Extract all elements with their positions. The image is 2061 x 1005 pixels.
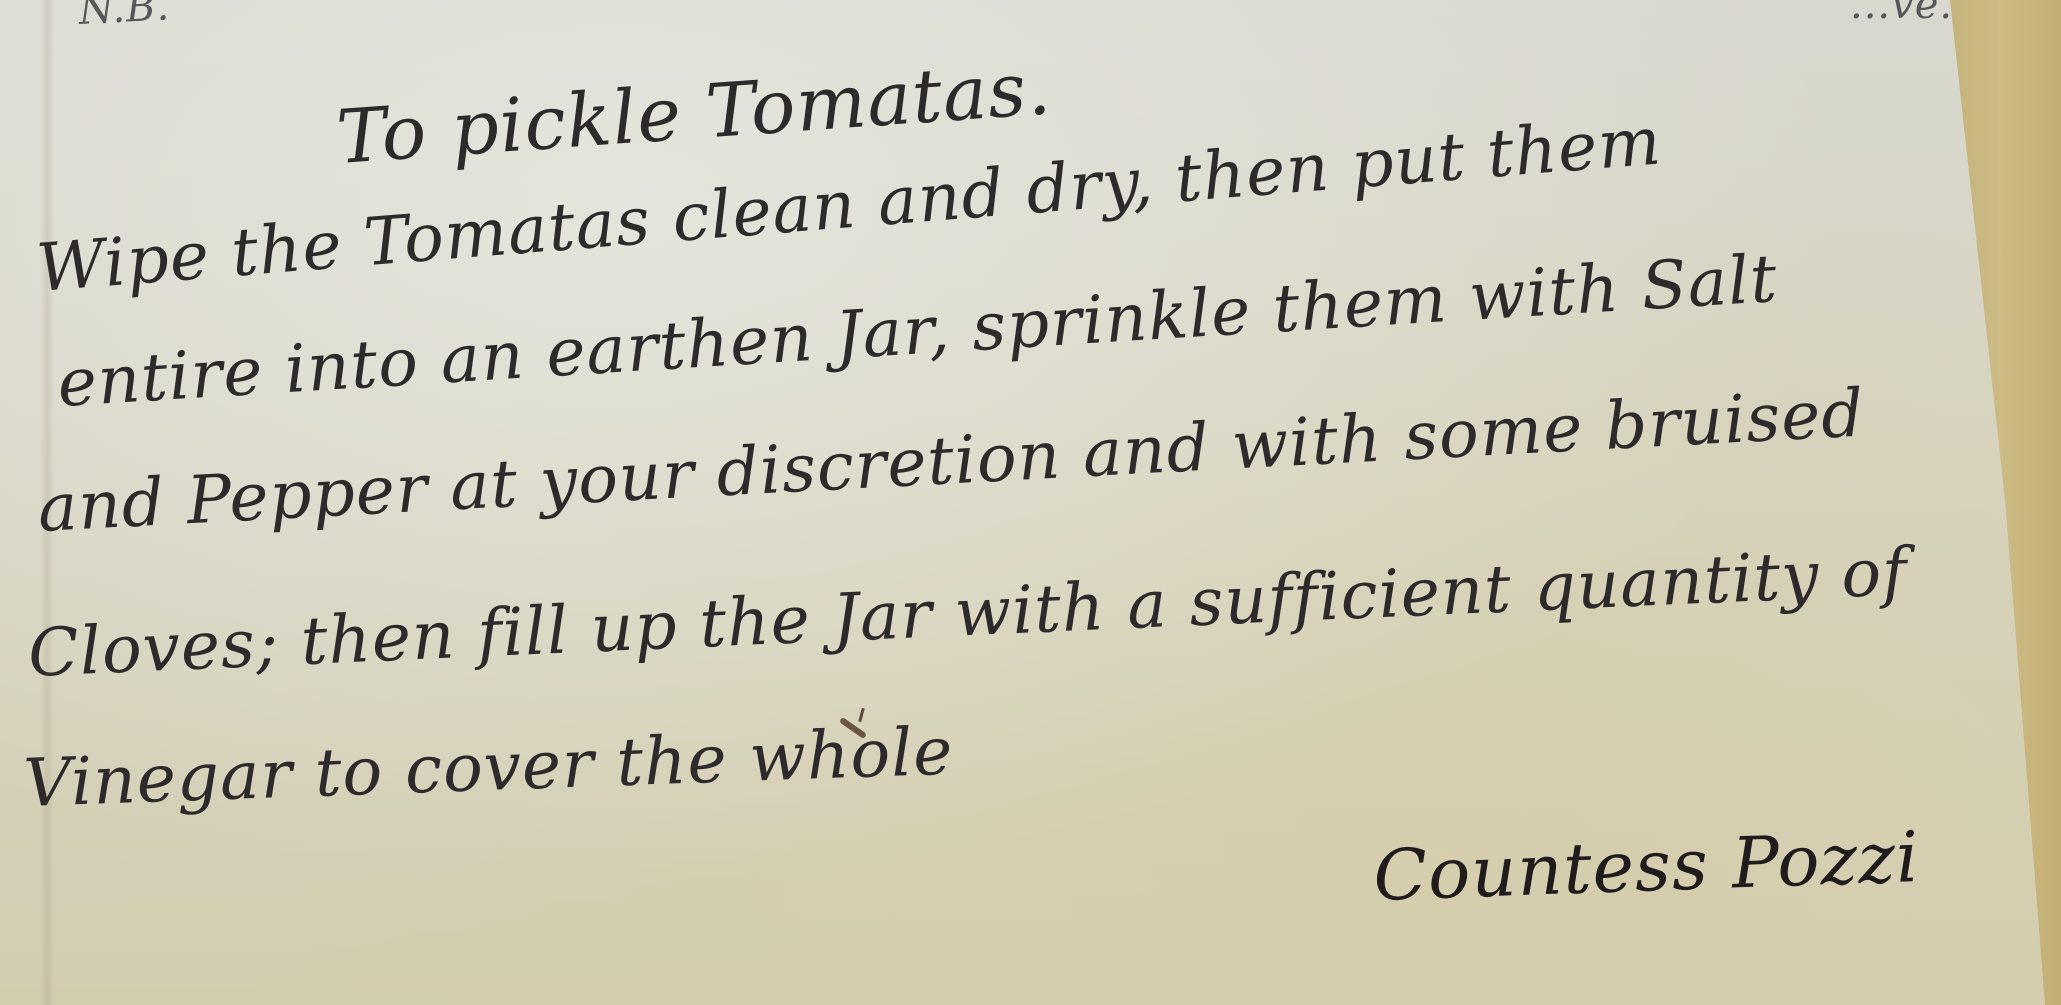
manuscript-photo: N.B. ...ve. To pickle Tomatas. Wipe the … <box>0 0 2061 1005</box>
recipe-line-4: Cloves; then fill up the Jar with a suff… <box>27 533 1909 692</box>
signature: Countess Pozzi <box>1372 816 1921 917</box>
top-fragment-left: N.B. <box>78 0 172 34</box>
top-fragment-right: ...ve. <box>1850 0 1953 28</box>
manuscript-page: N.B. ...ve. To pickle Tomatas. Wipe the … <box>0 0 2061 1005</box>
recipe-line-5: Vinegar to cover the whole <box>22 713 954 822</box>
